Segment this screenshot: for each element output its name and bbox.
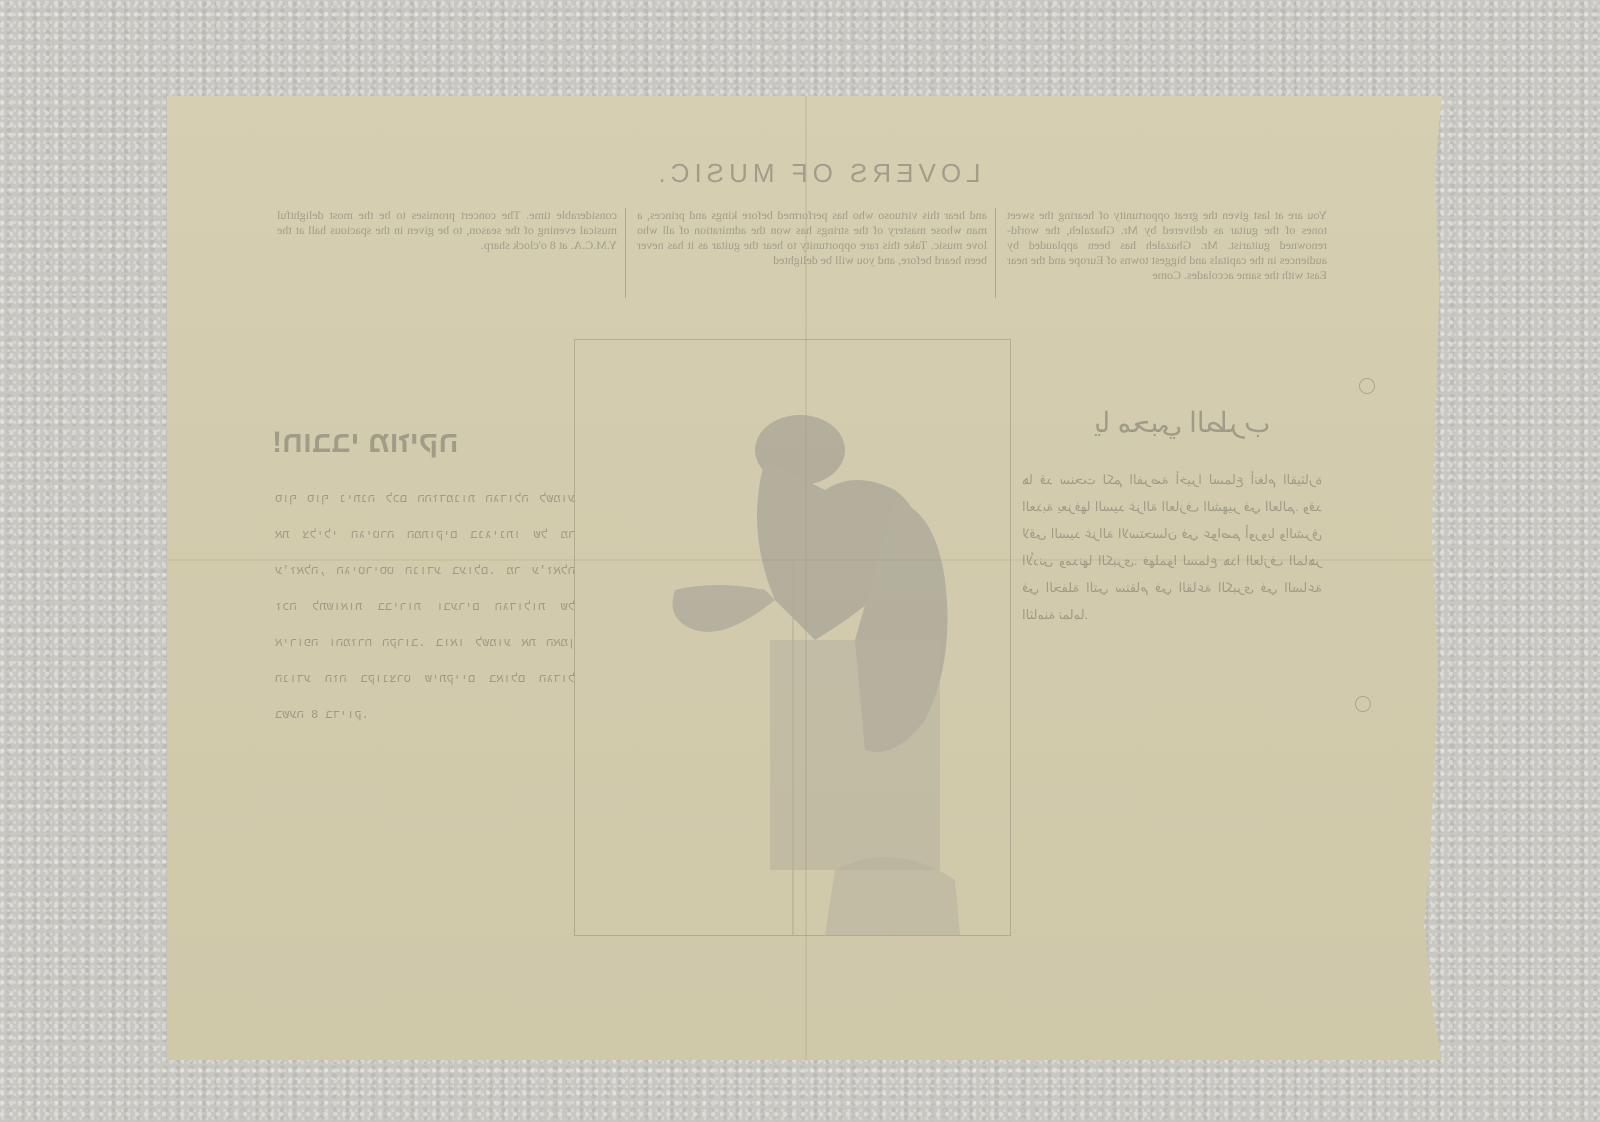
arabic-body: ها قد سنحت لكم الفرصة أخيرا لسماع أنغام … [1022,466,1322,628]
arabic-heading: يا محبي الطرب [1047,406,1317,440]
english-column-1: You are at last given the great opportun… [1007,208,1327,283]
hebrew-heading: !חובבי מוזיקה [272,426,572,460]
guitarist-figure [575,340,1010,935]
english-heading: LOVERS OF MUSIC. [577,158,1057,189]
paper-blemish [1359,378,1375,394]
column-rule [625,208,626,298]
column-rule [995,208,996,298]
paper-blemish [1355,696,1371,712]
handbill-sheet: LOVERS OF MUSIC. You are at last given t… [167,96,1442,1060]
guitarist-photo [574,339,1011,936]
hebrew-body: סוף סוף ניתנה לכם ההזדמנות הגדולה לשמוע … [275,481,575,733]
english-column-3: considerable time. The concert promises … [277,208,617,253]
english-column-2: and hear this virtuoso who has performed… [637,208,987,268]
